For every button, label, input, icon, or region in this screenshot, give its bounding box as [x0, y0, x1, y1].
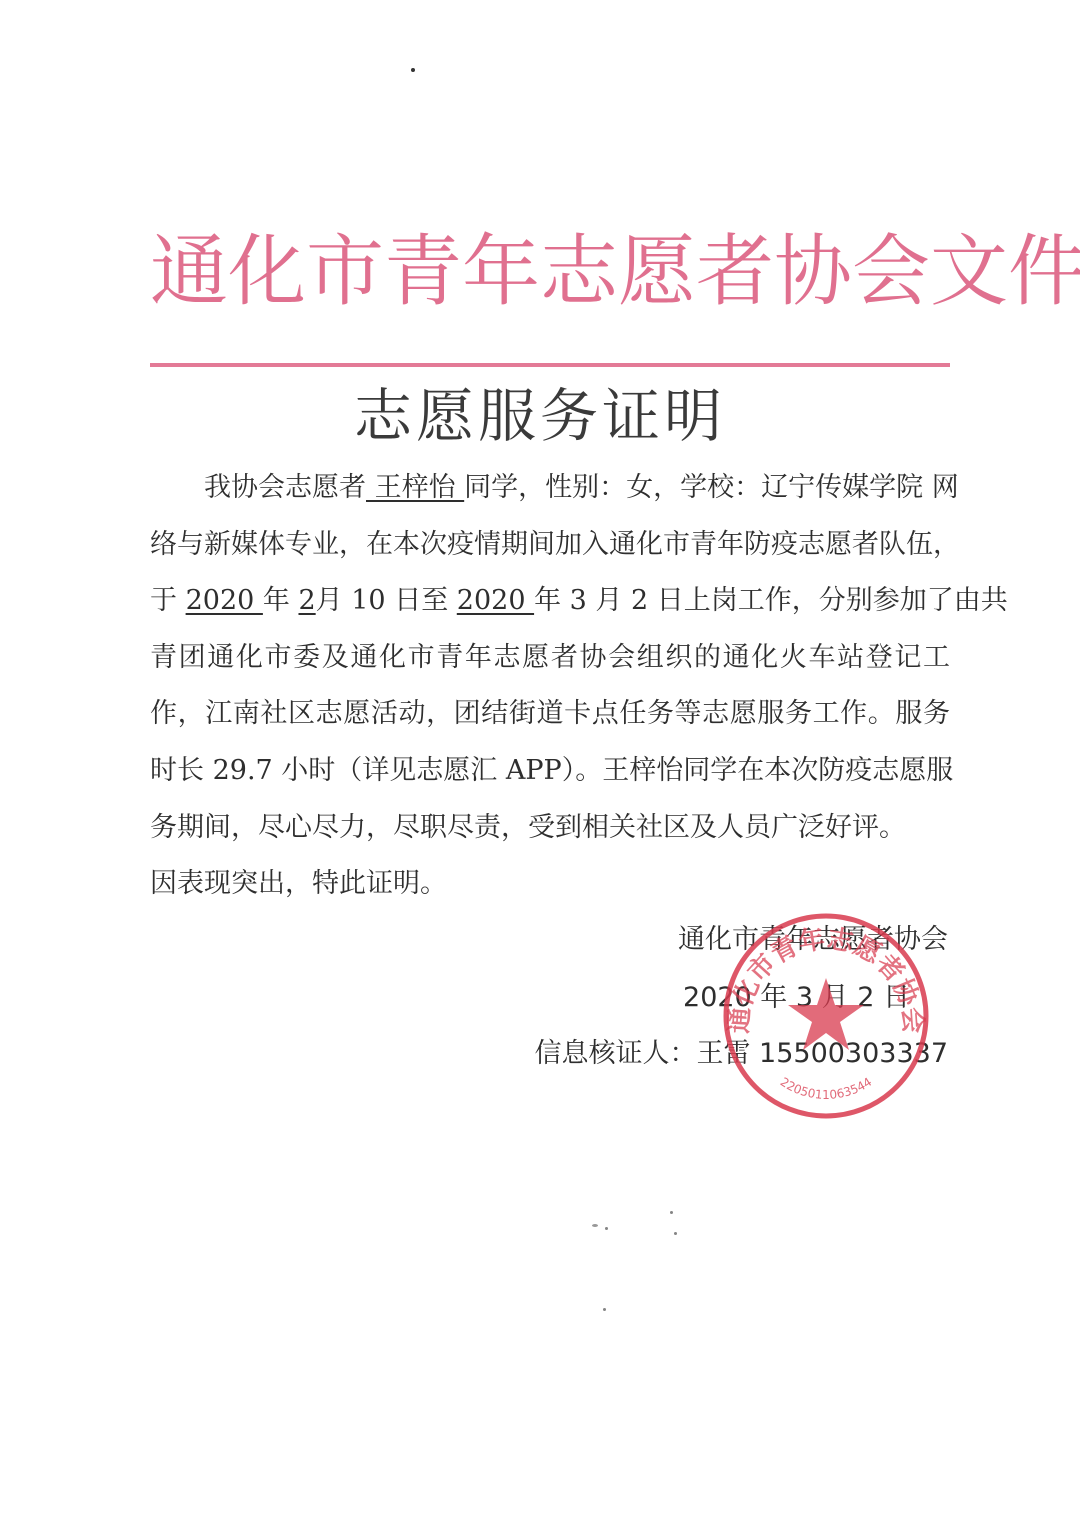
- signature-organization: 通化市青年志愿者协会: [678, 920, 948, 960]
- signature-date: 2020 年 3 月 2 日: [683, 978, 910, 1018]
- scan-speck: [603, 1308, 606, 1311]
- text: 同学，性别：女，学校：辽宁传媒学院 网: [464, 472, 959, 503]
- text: 月 10 日至: [316, 585, 457, 616]
- letterhead-title: 通化市青年志愿者协会文件: [150, 222, 950, 322]
- end-year: 2020: [457, 585, 534, 616]
- body-line-3: 于 2020 年 2月 10 日至 2020 年 3 月 2 日上岗工作，分别参…: [150, 573, 950, 630]
- scan-speck: [605, 1227, 608, 1230]
- letterhead-divider: [150, 363, 950, 367]
- scan-speck: [411, 68, 415, 72]
- text: 我协会志愿者: [204, 472, 366, 503]
- text: 年 3 月 2 日上岗工作，分别参加了由共: [534, 585, 1008, 616]
- text: 于: [150, 585, 186, 616]
- body-line-4: 青团通化市委及通化市青年志愿者协会组织的通化火车站登记工: [150, 630, 950, 687]
- start-month: 2: [298, 585, 315, 616]
- svg-text:2205011063544: 2205011063544: [778, 1075, 875, 1102]
- start-year: 2020: [186, 585, 263, 616]
- volunteer-name: 王梓怡: [366, 472, 464, 503]
- body-line-8: 因表现突出，特此证明。: [150, 856, 950, 913]
- certificate-body: 我协会志愿者 王梓怡 同学，性别：女，学校：辽宁传媒学院 网 络与新媒体专业，在…: [150, 460, 950, 913]
- body-line-1: 我协会志愿者 王梓怡 同学，性别：女，学校：辽宁传媒学院 网: [150, 460, 950, 517]
- text: 年: [263, 585, 299, 616]
- scan-speck: [592, 1224, 598, 1227]
- seal-code: 2205011063544: [778, 1075, 875, 1102]
- document-title: 志愿服务证明: [0, 378, 1080, 454]
- body-line-6: 时长 29.7 小时（详见志愿汇 APP）。王梓怡同学在本次防疫志愿服: [150, 743, 950, 800]
- body-line-7: 务期间，尽心尽力，尽职尽责，受到相关社区及人员广泛好评。: [150, 800, 950, 857]
- signature-verifier: 信息核证人：王雷 15500303337: [534, 1034, 948, 1074]
- scan-speck: [674, 1232, 677, 1235]
- scan-speck: [670, 1211, 673, 1214]
- body-line-2: 络与新媒体专业，在本次疫情期间加入通化市青年防疫志愿者队伍，: [150, 517, 950, 574]
- body-line-5: 作，江南社区志愿活动，团结街道卡点任务等志愿服务工作。服务: [150, 686, 950, 743]
